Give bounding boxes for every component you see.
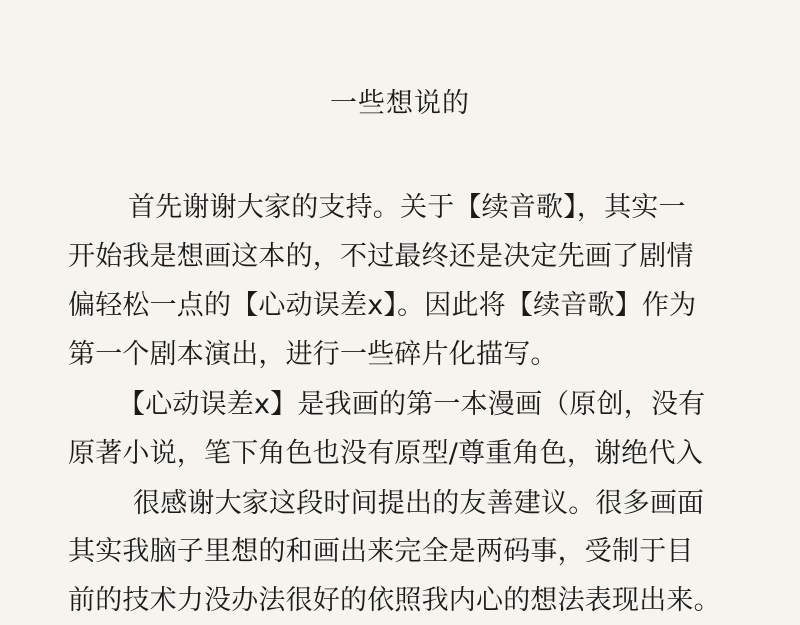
paragraph-line: 【心动误差x】是我画的第一本漫画（原创，没有 xyxy=(118,385,705,425)
paragraph-line: 开始我是想画这本的，不过最终还是决定先画了剧情 xyxy=(68,237,694,277)
page-title: 一些想说的 xyxy=(0,84,800,124)
paragraph-line: 偏轻松一点的【心动误差x】。因此将【续音歌】作为 xyxy=(68,286,696,326)
paragraph-line: 第一个剧本演出，进行一些碎片化描写。 xyxy=(68,335,558,375)
paragraph-line: 很感谢大家这段时间提出的友善建议。很多画面 xyxy=(133,484,704,524)
paragraph-line: 原著小说，笔下角色也没有原型/尊重角色，谢绝代入 xyxy=(68,434,703,474)
paragraph-line: 其实我脑子里想的和画出来完全是两码事，受制于目 xyxy=(68,532,694,572)
paragraph-line: 首先谢谢大家的支持。关于【续音歌】，其实一 xyxy=(128,188,686,228)
paragraph-line: 前的技术力没办法很好的依照我内心的想法表现出来。 xyxy=(68,581,721,621)
